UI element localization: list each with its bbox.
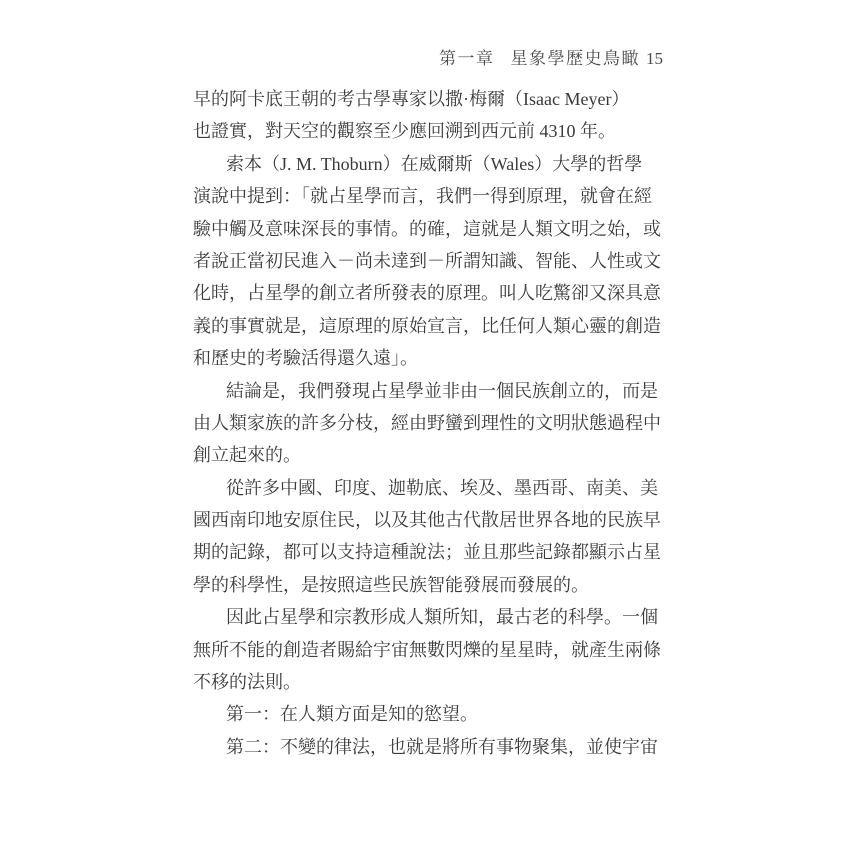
body-line: 國西南印地安原住民，以及其他古代散居世界各地的民族早 <box>193 504 667 536</box>
body-line: 結論是，我們發現占星學並非由一個民族創立的，而是 <box>193 375 667 407</box>
body-line: 由人類家族的許多分枝，經由野蠻到理性的文明狀態過程中 <box>193 407 667 439</box>
body-line: 義的事實就是，這原理的原始宣言，比任何人類心靈的創造 <box>193 310 667 342</box>
body-line: 演說中提到：「就占星學而言，我們一得到原理，就會在經 <box>193 180 667 212</box>
body-text: 早的阿卡底王朝的考古學專家以撒·梅爾（Isaac Meyer） 也證實，對天空的… <box>193 83 667 763</box>
body-line: 者說正當初民進入－尚未達到－所謂知識、智能、人性或文 <box>193 245 667 277</box>
body-line: 因此占星學和宗教形成人類所知，最古老的科學。一個 <box>193 601 667 633</box>
body-line: 創立起來的。 <box>193 439 667 471</box>
body-line: 和歷史的考驗活得還久遠」。 <box>193 342 667 374</box>
body-line: 學的科學性，是按照這些民族智能發展而發展的。 <box>193 569 667 601</box>
body-line: 早的阿卡底王朝的考古學專家以撒·梅爾（Isaac Meyer） <box>193 83 667 115</box>
body-line: 第一：在人類方面是知的慾望。 <box>193 698 667 730</box>
book-page: 第一章星象學歷史鳥瞰15 早的阿卡底王朝的考古學專家以撒·梅爾（Isaac Me… <box>0 0 850 850</box>
chapter-label: 第一章 <box>439 49 495 68</box>
body-line: 第二：不變的律法，也就是將所有事物聚集，並使宇宙 <box>193 731 667 763</box>
body-line: 也證實，對天空的觀察至少應回溯到西元前 4310 年。 <box>193 115 667 147</box>
body-line: 驗中觸及意味深長的事情。的確，這就是人類文明之始，或 <box>193 213 667 245</box>
body-line: 從許多中國、印度、迦勒底、埃及、墨西哥、南美、美 <box>193 472 667 504</box>
body-line: 化時，占星學的創立者所發表的原理。叫人吃驚卻又深具意 <box>193 277 667 309</box>
body-line: 不移的法則。 <box>193 666 667 698</box>
running-header: 第一章星象學歷史鳥瞰15 <box>439 44 663 69</box>
chapter-title: 星象學歷史鳥瞰 <box>511 49 641 68</box>
body-line: 索本（J. M. Thoburn）在威爾斯（Wales）大學的哲學 <box>193 148 667 180</box>
body-line: 無所不能的創造者賜給宇宙無數閃爍的星星時，就產生兩條 <box>193 634 667 666</box>
page-number: 15 <box>646 49 663 68</box>
body-line: 期的記錄，都可以支持這種說法；並且那些記錄都顯示占星 <box>193 536 667 568</box>
